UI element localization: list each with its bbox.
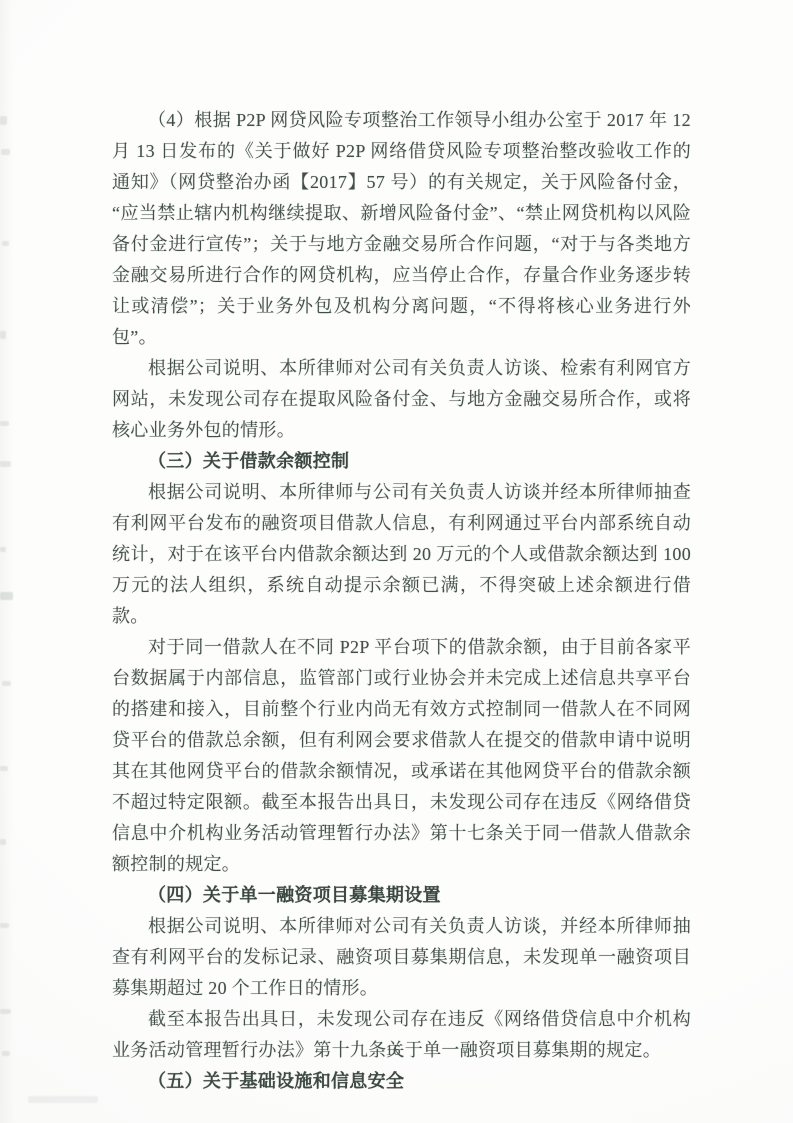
scan-artifact	[0, 923, 9, 928]
scan-artifact	[0, 421, 9, 426]
scan-artifact	[2, 241, 9, 246]
section-heading-loan-balance-control: （三）关于借款余额控制	[112, 446, 691, 477]
document-body: （4）根据 P2P 网贷风险专项整治工作领导小组办公室于 2017 年 12 月…	[112, 105, 691, 1097]
scan-artifact	[1, 149, 10, 155]
scan-artifact	[0, 766, 8, 771]
paragraph-risk-reserve-finding: 根据公司说明、本所律师对公司有关负责人访谈、检索有利网官方网站，未发现公司存在提…	[112, 353, 691, 446]
section-heading-fundraising-period: （四）关于单一融资项目募集期设置	[112, 880, 691, 911]
scan-artifact	[0, 592, 13, 600]
scan-artifact	[0, 461, 11, 467]
scan-artifact	[0, 839, 6, 845]
scan-artifact	[0, 116, 7, 125]
paragraph-balance-limit-system: 根据公司说明、本所律师与公司有关负责人访谈并经本所律师抽查有利网平台发布的融资项…	[112, 477, 691, 632]
scan-artifact	[0, 547, 6, 552]
scan-artifact	[28, 1096, 98, 1103]
scan-artifact	[0, 1009, 11, 1014]
page-number: 16	[0, 1041, 786, 1061]
scan-artifact	[0, 331, 6, 339]
scan-artifact	[2, 681, 11, 686]
section-heading-infrastructure-security: （五）关于基础设施和信息安全	[112, 1066, 691, 1097]
paragraph-risk-reserve-regulation: （4）根据 P2P 网贷风险专项整治工作领导小组办公室于 2017 年 12 月…	[112, 105, 691, 353]
document-page: （4）根据 P2P 网贷风险专项整治工作领导小组办公室于 2017 年 12 月…	[0, 0, 793, 1123]
paragraph-cross-platform-balance: 对于同一借款人在不同 P2P 平台项下的借款余额，由于目前各家平台数据属于内部信…	[112, 632, 691, 880]
paragraph-fundraising-period-finding: 根据公司说明、本所律师对公司有关负责人访谈，并经本所律师抽查有利网平台的发标记录…	[112, 911, 691, 1004]
